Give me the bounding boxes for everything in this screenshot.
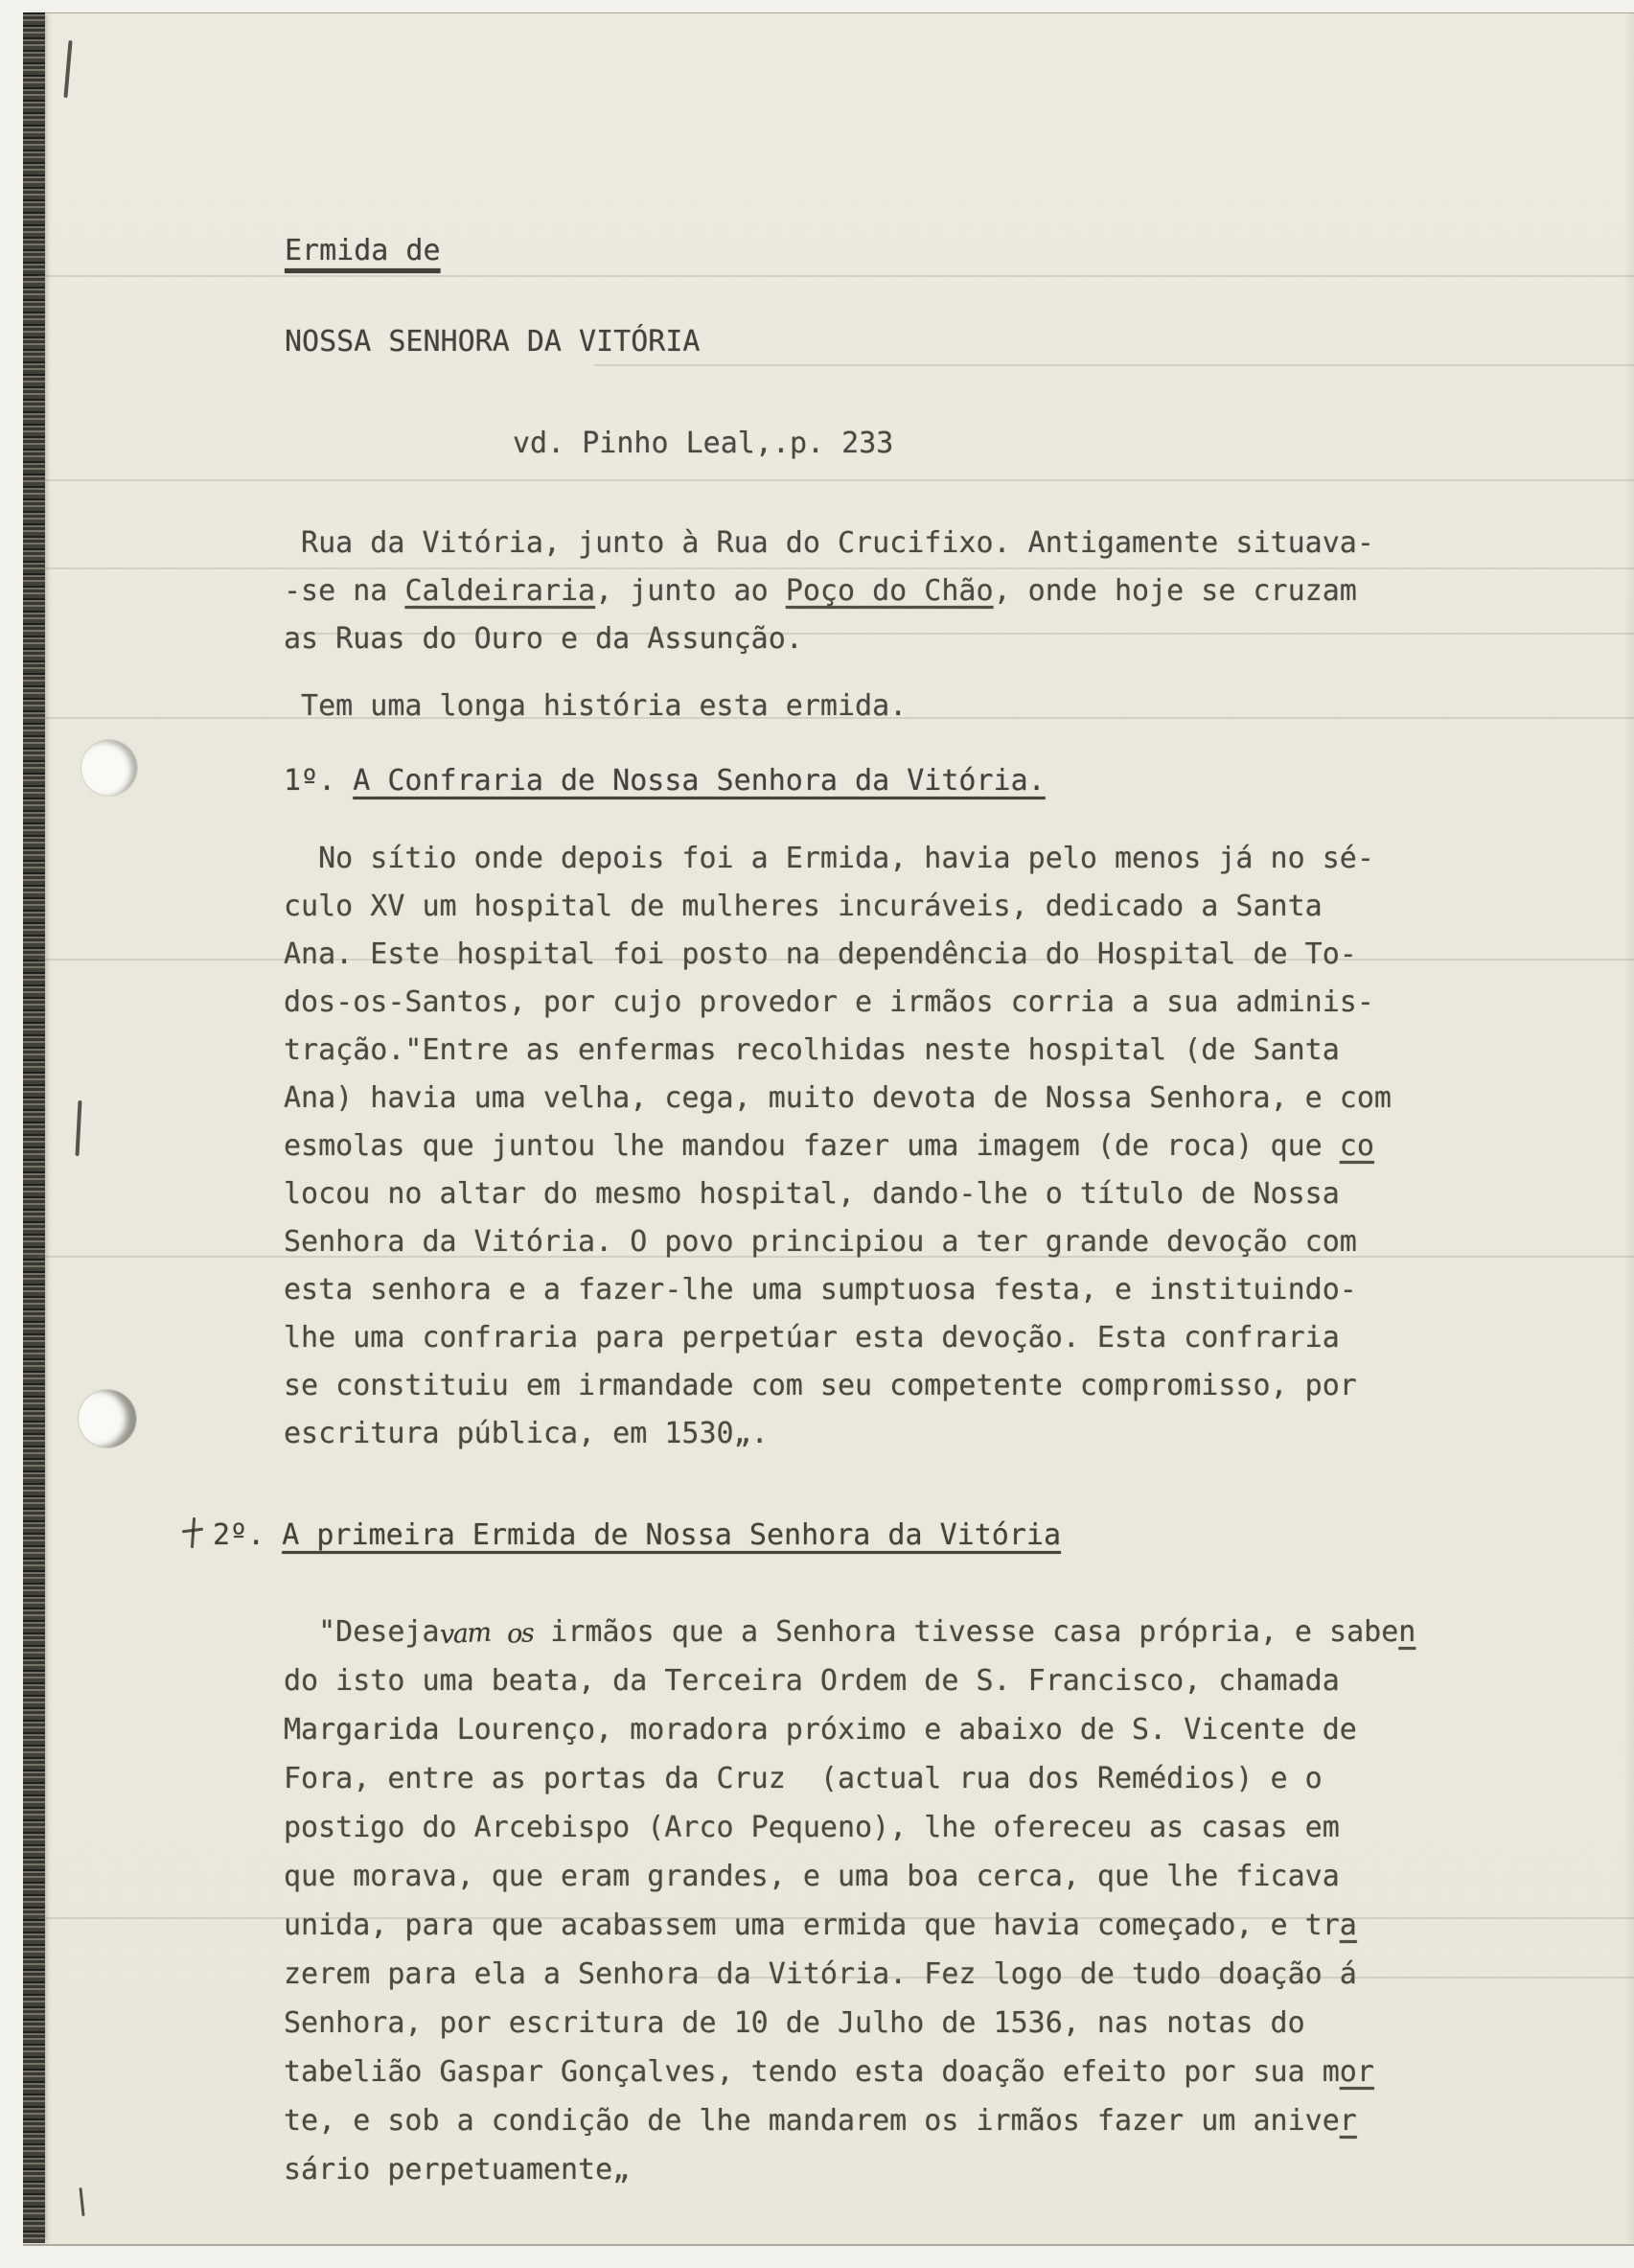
page-right-edge-shade <box>1624 12 1634 2243</box>
reference-line: vd. Pinho Leal,.p. 233 <box>513 420 893 468</box>
typed-text: Ana) havia uma velha, cega, muito devota… <box>284 1081 1392 1115</box>
text-line: se constituiu em irmandade com seu compe… <box>284 1362 1392 1410</box>
text-line: esta senhora e a fazer-lhe uma sumptuosa… <box>284 1266 1392 1314</box>
typed-text <box>490 1615 507 1649</box>
handwritten-word: vam <box>438 1608 491 1660</box>
typed-text: se constituiu em irmandade com seu compe… <box>284 1369 1357 1402</box>
typed-text: Caldeiraria <box>404 574 595 608</box>
text-line: Fora, entre as portas da Cruz (actual ru… <box>284 1754 1415 1803</box>
punch-hole <box>79 1390 136 1447</box>
typed-text: Poço do Chão <box>786 574 994 608</box>
scan-rule-line <box>594 364 1634 366</box>
text-line: do isto uma beata, da Terceira Ordem de … <box>284 1656 1415 1705</box>
typed-text: dos-os-Santos, por cujo provedor e irmão… <box>284 985 1374 1019</box>
typed-text: irmãos que a Senhora tivesse casa própri… <box>533 1615 1398 1649</box>
typed-text: No sítio onde depois foi a Ermida, havia… <box>284 842 1374 875</box>
text-line: que morava, que eram grandes, e uma boa … <box>284 1852 1415 1901</box>
typed-text: n <box>1398 1615 1415 1649</box>
typed-text: esmolas que juntou lhe mandou fazer uma … <box>284 1129 1340 1163</box>
text-line: locou no altar do mesmo hospital, dando-… <box>284 1170 1392 1218</box>
typed-text: or <box>1340 2055 1374 2089</box>
typed-text: tabelião Gaspar Gonçalves, tendo esta do… <box>284 2055 1340 2089</box>
paragraph-location: Rua da Vitória, junto à Rua do Crucifixo… <box>284 520 1374 663</box>
typed-text: a <box>1340 1909 1357 1942</box>
typed-text: te, e sob a condição de lhe mandarem os … <box>284 2104 1340 2138</box>
typed-text: r <box>1340 2104 1357 2138</box>
scan-rule-line <box>38 275 1634 277</box>
text-line: dos-os-Santos, por cujo provedor e irmão… <box>284 979 1392 1027</box>
text-line: Ana. Este hospital foi posto na dependên… <box>284 931 1392 979</box>
text-line: lhe uma confraria para perpetúar esta de… <box>284 1314 1392 1362</box>
text-line: No sítio onde depois foi a Ermida, havia… <box>284 835 1392 883</box>
handwritten-word: os <box>506 1608 535 1658</box>
typed-text: , junto ao <box>595 574 786 608</box>
typed-text: culo XV um hospital de mulheres incuráve… <box>284 890 1323 923</box>
title-line-1: Ermida de <box>285 227 441 275</box>
typed-text: A primeira Ermida de Nossa Senhora da Vi… <box>282 1518 1061 1552</box>
typed-text: as Ruas do Ouro e da Assunção. <box>284 622 803 656</box>
text-line: Ermida de <box>285 227 441 275</box>
title-line-2: NOSSA SENHORA DA VITÓRIA <box>285 318 700 366</box>
typed-text: co <box>1340 1129 1374 1163</box>
typed-text: -se na <box>284 574 404 608</box>
heading-1: 1º. A Confraria de Nossa Senhora da Vitó… <box>284 757 1046 805</box>
text-line: Senhora, por escritura de 10 de Julho de… <box>284 1999 1415 2048</box>
line-long-history: Tem uma longa história esta ermida. <box>284 683 907 730</box>
typed-text: 1º. <box>284 764 353 798</box>
typed-text: postigo do Arcebispo (Arco Pequeno), lhe… <box>284 1811 1340 1844</box>
typed-text: "Deseja <box>284 1615 440 1649</box>
paragraph-primeira-ermida: "Desejavam os irmãos que a Senhora tives… <box>284 1608 1415 2194</box>
text-line: tabelião Gaspar Gonçalves, tendo esta do… <box>284 2048 1415 2096</box>
typed-text: do isto uma beata, da Terceira Ordem de … <box>284 1664 1340 1698</box>
text-line: vd. Pinho Leal,.p. 233 <box>513 420 893 468</box>
punch-hole <box>81 740 137 796</box>
heading-2: 2º. A primeira Ermida de Nossa Senhora d… <box>213 1512 1061 1560</box>
handwritten-plus-mark <box>182 1517 203 1548</box>
text-line: sário perpetuamente„ <box>284 2145 1415 2194</box>
text-line: Rua da Vitória, junto à Rua do Crucifixo… <box>284 520 1374 567</box>
text-line: as Ruas do Ouro e da Assunção. <box>284 615 1374 663</box>
typed-text: sário perpetuamente„ <box>284 2153 630 2187</box>
typed-text: Ermida de <box>285 234 441 267</box>
text-line: escritura pública, em 1530„. <box>284 1410 1392 1458</box>
typed-text: que morava, que eram grandes, e uma boa … <box>284 1860 1340 1893</box>
typed-text: Senhora da Vitória. O povo principiou a … <box>284 1225 1357 1259</box>
paragraph-confraria: No sítio onde depois foi a Ermida, havia… <box>284 835 1392 1458</box>
typed-text: Tem uma longa história esta ermida. <box>284 689 907 723</box>
typed-text: unida, para que acabassem uma ermida que… <box>284 1909 1340 1942</box>
text-line: esmolas que juntou lhe mandou fazer uma … <box>284 1122 1392 1170</box>
text-line: postigo do Arcebispo (Arco Pequeno), lhe… <box>284 1803 1415 1852</box>
text-line: Tem uma longa história esta ermida. <box>284 683 907 730</box>
scanned-typescript-page: { "meta": { "document_title": "Ermida de… <box>0 0 1634 2268</box>
text-line: -se na Caldeiraria, junto ao Poço do Chã… <box>284 567 1374 615</box>
scan-rule-line <box>38 479 1634 481</box>
text-line: te, e sob a condição de lhe mandarem os … <box>284 2096 1415 2145</box>
text-line: culo XV um hospital de mulheres incuráve… <box>284 883 1392 931</box>
typed-text: Rua da Vitória, junto à Rua do Crucifixo… <box>284 526 1374 560</box>
text-line: 1º. A Confraria de Nossa Senhora da Vitó… <box>284 757 1046 805</box>
binding-edge-strip <box>23 12 45 2243</box>
typed-text: tração."Entre as enfermas recolhidas nes… <box>284 1033 1340 1067</box>
plus-mark-vertical-bar <box>190 1517 195 1548</box>
typed-text: locou no altar do mesmo hospital, dando-… <box>284 1177 1340 1211</box>
typed-text: lhe uma confraria para perpetúar esta de… <box>284 1321 1340 1354</box>
typed-text: Ana. Este hospital foi posto na dependên… <box>284 937 1357 971</box>
text-line: tração."Entre as enfermas recolhidas nes… <box>284 1027 1392 1075</box>
text-line: unida, para que acabassem uma ermida que… <box>284 1901 1415 1950</box>
text-line: Margarida Lourenço, moradora próximo e a… <box>284 1705 1415 1754</box>
text-line: 2º. A primeira Ermida de Nossa Senhora d… <box>213 1512 1061 1560</box>
text-line: "Desejavam os irmãos que a Senhora tives… <box>284 1608 1415 1656</box>
text-line: zerem para ela a Senhora da Vitória. Fez… <box>284 1950 1415 1999</box>
typed-text: NOSSA SENHORA DA VITÓRIA <box>285 325 700 359</box>
text-line: Senhora da Vitória. O povo principiou a … <box>284 1218 1392 1266</box>
typed-text: Fora, entre as portas da Cruz (actual ru… <box>284 1762 1323 1795</box>
typed-text: , onde hoje se cruzam <box>994 574 1357 608</box>
typed-text: vd. Pinho Leal,.p. 233 <box>513 427 893 460</box>
text-line: NOSSA SENHORA DA VITÓRIA <box>285 318 700 366</box>
typed-text: A Confraria de Nossa Senhora da Vitória. <box>353 764 1045 798</box>
typed-text: 2º. <box>213 1518 282 1552</box>
text-line: Ana) havia uma velha, cega, muito devota… <box>284 1075 1392 1122</box>
typed-text: zerem para ela a Senhora da Vitória. Fez… <box>284 1957 1357 1991</box>
typed-text: Senhora, por escritura de 10 de Julho de… <box>284 2006 1305 2040</box>
typed-text: esta senhora e a fazer-lhe uma sumptuosa… <box>284 1273 1357 1307</box>
typed-text: escritura pública, em 1530„. <box>284 1417 769 1450</box>
typed-text: Margarida Lourenço, moradora próximo e a… <box>284 1713 1357 1747</box>
